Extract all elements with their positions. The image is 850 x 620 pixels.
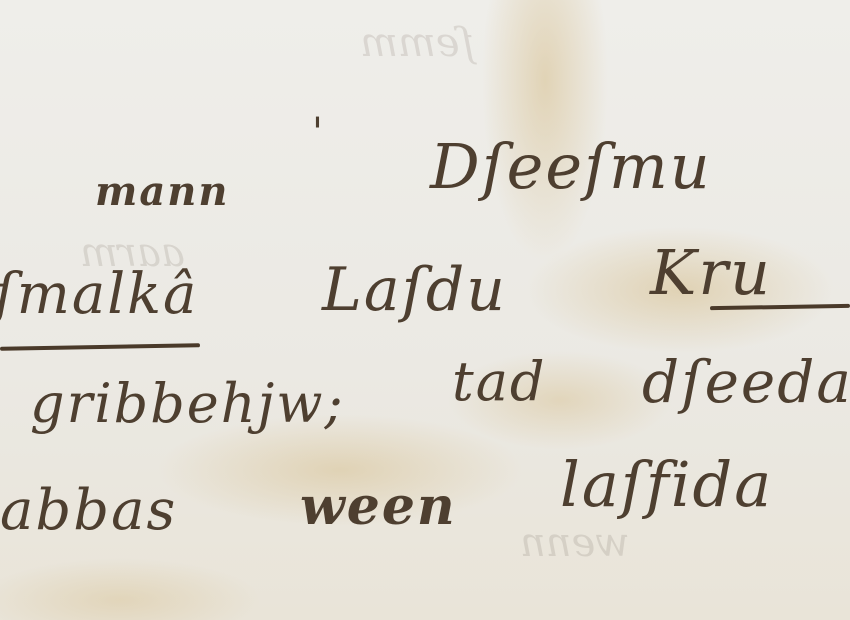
word-abbas: abbas <box>0 478 177 543</box>
underline-smalka <box>0 343 200 350</box>
bleed-through-text: ſemm <box>360 20 474 66</box>
apostrophe-mark: ' <box>312 110 325 156</box>
word-lasfida: laſfida <box>560 448 773 521</box>
word-lasdu: Laſdu <box>322 255 507 325</box>
word-kru: Kru <box>650 236 772 309</box>
manuscript-page: ſemm aarm wenn mann ' Dſeeſmu ſmalkâ Laſ… <box>0 0 850 620</box>
bleed-through-text: wenn <box>520 520 629 566</box>
word-mann: mann <box>95 168 229 215</box>
word-gribbehjw: gribbehjw; <box>30 372 345 435</box>
word-dseesmu: Dſeeſmu <box>430 130 712 203</box>
word-dseeda: dſeeda <box>642 348 850 416</box>
word-smalka: ſmalkâ <box>0 262 198 327</box>
word-tad: tad <box>452 350 546 413</box>
word-ween: ween <box>300 476 457 537</box>
